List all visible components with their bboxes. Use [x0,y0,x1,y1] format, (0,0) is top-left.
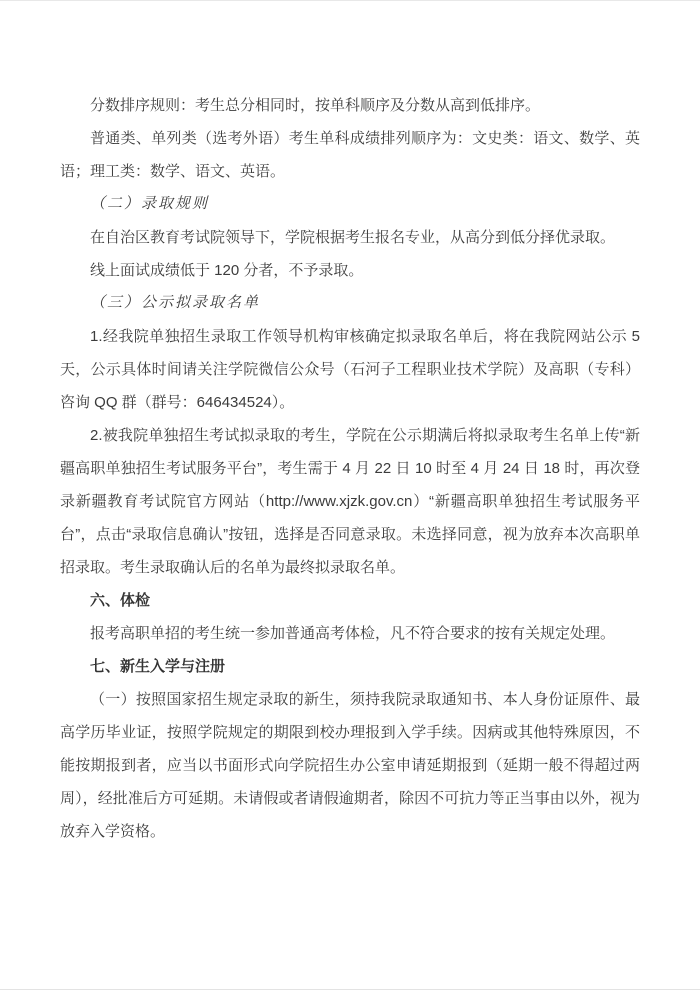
document-page: 分数排序规则：考生总分相同时，按单科顺序及分数从高到低排序。普通类、单列类（选考… [0,0,700,990]
paragraph: 在自治区教育考试院领导下，学院根据考生报名专业，从高分到低分择优录取。 [60,221,640,254]
section-heading: （二）录取规则 [60,188,640,221]
section-heading: （三）公示拟录取名单 [60,287,640,320]
paragraph: 2.被我院单独招生考试拟录取的考生，学院在公示期满后将拟录取考生名单上传“新疆高… [60,419,640,584]
paragraph: 普通类、单列类（选考外语）考生单科成绩排列顺序为：文史类：语文、数学、英语；理工… [60,122,640,188]
paragraph: （一）按照国家招生规定录取的新生，须持我院录取通知书、本人身份证原件、最高学历毕… [60,683,640,848]
paragraph: 报考高职单招的考生统一参加普通高考体检，凡不符合要求的按有关规定处理。 [60,617,640,650]
section-heading: 六、体检 [60,584,640,617]
paragraph: 1.经我院单独招生录取工作领导机构审核确定拟录取名单后，将在我院网站公示 5 天… [60,320,640,419]
paragraph: 线上面试成绩低于 120 分者，不予录取。 [60,254,640,287]
document-content: 分数排序规则：考生总分相同时，按单科顺序及分数从高到低排序。普通类、单列类（选考… [0,1,700,848]
paragraph: 分数排序规则：考生总分相同时，按单科顺序及分数从高到低排序。 [60,89,640,122]
section-heading: 七、新生入学与注册 [60,650,640,683]
